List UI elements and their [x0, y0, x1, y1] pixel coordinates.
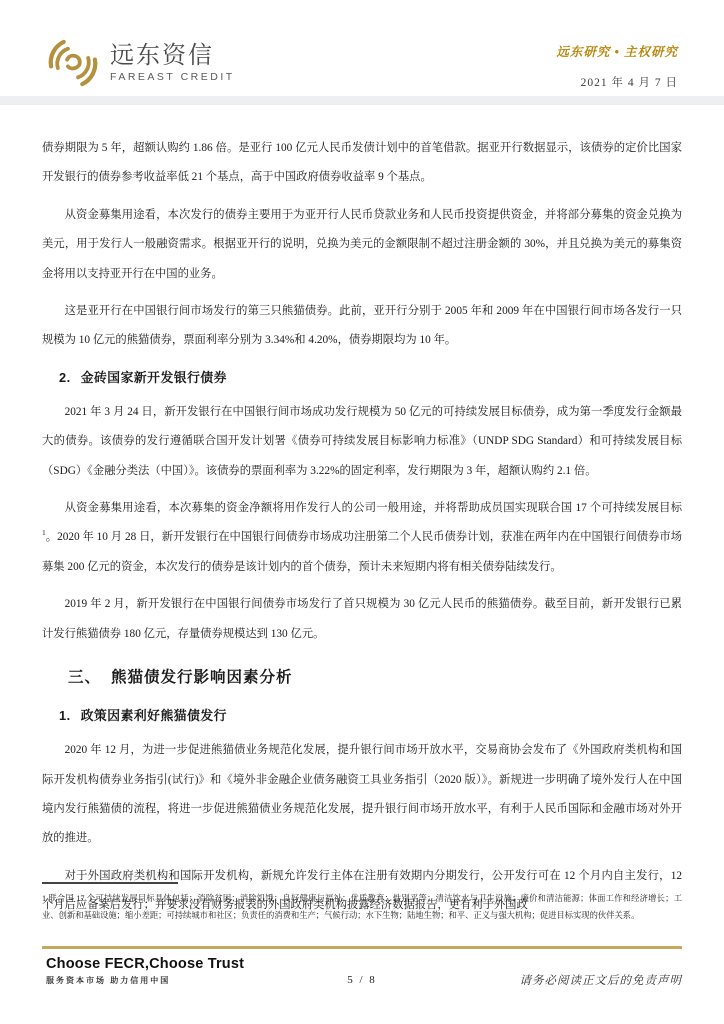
subsection-heading-1: 1.政策因素利好熊猫债发行: [42, 705, 682, 724]
subsection-title: 政策因素利好熊猫债发行: [81, 708, 227, 723]
page-footer: Choose FECR,Choose Trust 服务资本市场 助力信用中国 5…: [42, 946, 682, 996]
section-heading-3: 三、熊猫债发行影响因素分析: [42, 665, 682, 687]
brand-name-chinese: 远东资信: [110, 43, 235, 69]
footnote-separator-line: [42, 882, 178, 884]
section-title: 熊猫债发行影响因素分析: [111, 669, 293, 686]
footnote-block: 1 联合国 17 个可持续发展目标具体包括：消除贫困；消除饥饿；良好健康与福祉；…: [42, 882, 682, 924]
paragraph-text: 从资金募集用途看，本次募集的资金净额将用作发行人的公司一般用途，并将帮助成员国实…: [65, 502, 682, 514]
brand-text: 远东资信 FAREAST CREDIT: [110, 43, 235, 83]
paragraph-text: 。2020 年 10 月 28 日，新开发银行在中国银行间债券市场成功注册第二个…: [42, 531, 682, 572]
fareast-credit-swirl-icon: [46, 36, 100, 90]
paragraph: 这是亚开行在中国银行间市场发行的第三只熊猫债券。此前，亚开行分别于 2005 年…: [42, 297, 682, 356]
subsection-number: 1.: [59, 708, 71, 723]
subsection-number: 2.: [59, 370, 71, 385]
brand-logo: 远东资信 FAREAST CREDIT: [46, 36, 235, 90]
document-body: 债券期限为 5 年，超额认购约 1.86 倍。是亚行 100 亿元人民币发债计划…: [42, 134, 682, 929]
page-header: 远东资信 FAREAST CREDIT 远东研究 • 主权研究 2021 年 4…: [0, 0, 724, 96]
section-number: 三、: [68, 669, 101, 686]
paragraph: 2019 年 2 月，新开发银行在中国银行间债券市场发行了首只规模为 30 亿元…: [42, 590, 682, 649]
header-meta: 远东研究 • 主权研究 2021 年 4 月 7 日: [556, 42, 678, 90]
paragraph: 2021 年 3 月 24 日，新开发银行在中国银行间市场成功发行规模为 50 …: [42, 398, 682, 486]
footer-slogan-english: Choose FECR,Choose Trust: [46, 956, 244, 972]
footer-row: Choose FECR,Choose Trust 服务资本市场 助力信用中国 5…: [42, 956, 682, 996]
report-page: 远东资信 FAREAST CREDIT 远东研究 • 主权研究 2021 年 4…: [0, 0, 724, 1024]
paragraph-with-footnote-ref: 从资金募集用途看，本次募集的资金净额将用作发行人的公司一般用途，并将帮助成员国实…: [42, 494, 682, 582]
paragraph: 2020 年 12 月，为进一步促进熊猫债业务规范化发展，提升银行间市场开放水平…: [42, 736, 682, 854]
footer-gold-rule: [42, 946, 682, 949]
paragraph-continuation: 债券期限为 5 年，超额认购约 1.86 倍。是亚行 100 亿元人民币发债计划…: [42, 134, 682, 193]
footnote-text: 1 联合国 17 个可持续发展目标具体包括：消除贫困；消除饥饿；良好健康与福祉；…: [42, 890, 682, 924]
header-divider-band: [0, 96, 724, 105]
research-series-label: 远东研究 • 主权研究: [556, 42, 678, 60]
subsection-heading-2: 2.金砖国家新开发银行债券: [42, 367, 682, 386]
brand-name-english: FAREAST CREDIT: [110, 71, 235, 83]
subsection-title: 金砖国家新开发银行债券: [81, 370, 227, 385]
disclaimer-note: 请务必阅读正文后的免责声明: [520, 972, 683, 988]
report-date: 2021 年 4 月 7 日: [556, 74, 678, 90]
paragraph: 从资金募集用途看，本次发行的债券主要用于为亚开行人民币贷款业务和人民币投资提供资…: [42, 201, 682, 289]
